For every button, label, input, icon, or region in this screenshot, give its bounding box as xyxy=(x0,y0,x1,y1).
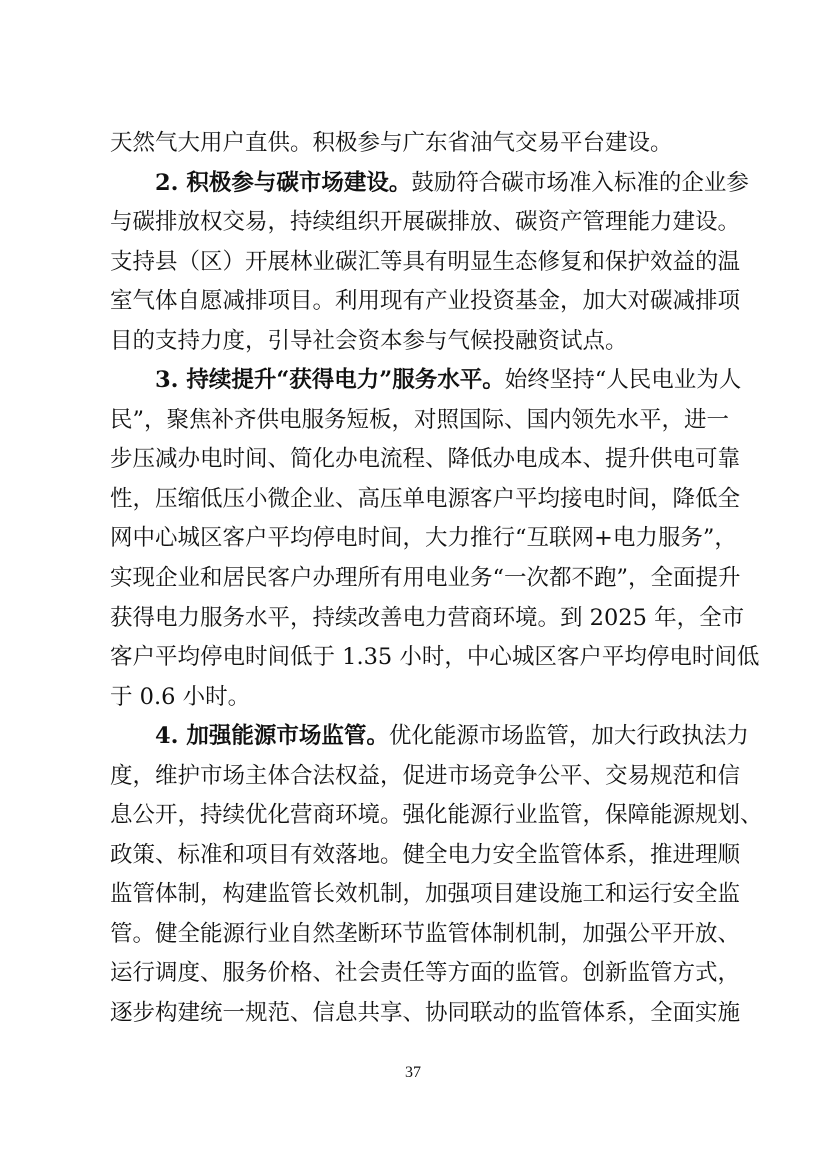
body-text-line: 与碳排放权交易，持续组织开展碳排放、碳资产管理能力建设。 xyxy=(110,203,728,243)
document-body: 天然气大用户直供。积极参与广东省油气交易平台建设。2. 积极参与碳市场建设。鼓励… xyxy=(110,124,728,1034)
line-text: 度，维护市场主体合法权益，促进市场竞争公平、交易规范和信 xyxy=(110,763,740,789)
line-text: 始终坚持“人民电业为人 xyxy=(505,367,742,393)
line-text: 运行调度、服务价格、社会责任等方面的监管。创新监管方式， xyxy=(110,960,740,986)
line-text: 支持县（区）开展林业碳汇等具有明显生态修复和保护效益的温 xyxy=(110,249,740,275)
line-text: 管。健全能源行业自然垄断环节监管体制机制，加强公平开放、 xyxy=(110,921,740,947)
body-text-line: 民”，聚焦补齐供电服务短板，对照国际、国内领先水平，进一 xyxy=(110,401,728,441)
line-text: 民”，聚焦补齐供电服务短板，对照国际、国内领先水平，进一 xyxy=(110,407,729,433)
body-text-line: 目的支持力度，引导社会资本参与气候投融资试点。 xyxy=(110,322,728,362)
line-text: 网中心城区客户平均停电时间，大力推行“互联网+电力服务”， xyxy=(110,525,737,551)
body-text-line: 客户平均停电时间低于 1.35 小时，中心城区客户平均停电时间低 xyxy=(110,638,728,678)
line-text: 步压减办电时间、简化办电流程、降低办电成本、提升供电可靠 xyxy=(110,446,740,472)
section-heading-line: 3. 持续提升“获得电力”服务水平。始终坚持“人民电业为人 xyxy=(110,361,728,401)
line-text: 于 0.6 小时。 xyxy=(110,684,250,710)
body-text-line: 监管体制，构建监管长效机制，加强项目建设施工和运行安全监 xyxy=(110,875,728,915)
body-text-line: 政策、标准和项目有效落地。健全电力安全监管体系，推进理顺 xyxy=(110,836,728,876)
section-heading: 2. 积极参与碳市场建设。 xyxy=(155,170,411,196)
body-text-line: 管。健全能源行业自然垄断环节监管体制机制，加强公平开放、 xyxy=(110,915,728,955)
line-text: 客户平均停电时间低于 1.35 小时，中心城区客户平均停电时间低 xyxy=(110,644,759,670)
line-text: 逐步构建统一规范、信息共享、协同联动的监管体系，全面实施 xyxy=(110,1000,740,1026)
line-text: 息公开，持续优化营商环境。强化能源行业监管，保障能源规划、 xyxy=(110,802,763,828)
section-heading-line: 2. 积极参与碳市场建设。鼓励符合碳市场准入标准的企业参 xyxy=(110,164,728,204)
line-text: 政策、标准和项目有效落地。健全电力安全监管体系，推进理顺 xyxy=(110,842,740,868)
line-text: 监管体制，构建监管长效机制，加强项目建设施工和运行安全监 xyxy=(110,881,740,907)
body-text-line: 获得电力服务水平，持续改善电力营商环境。到 2025 年，全市 xyxy=(110,599,728,639)
body-text-line: 于 0.6 小时。 xyxy=(110,678,728,718)
line-text: 目的支持力度，引导社会资本参与气候投融资试点。 xyxy=(110,328,628,354)
body-text-line: 天然气大用户直供。积极参与广东省油气交易平台建设。 xyxy=(110,124,728,164)
page-number: 37 xyxy=(0,1064,826,1082)
line-text: 优化能源市场监管，加大行政执法力 xyxy=(389,723,749,749)
line-text: 天然气大用户直供。积极参与广东省油气交易平台建设。 xyxy=(110,130,673,156)
section-heading: 4. 加强能源市场监管。 xyxy=(155,723,389,749)
body-text-line: 逐步构建统一规范、信息共享、协同联动的监管体系，全面实施 xyxy=(110,994,728,1034)
line-text: 实现企业和居民客户办理所有用电业务“一次都不跑”，全面提升 xyxy=(110,565,741,591)
body-text-line: 支持县（区）开展林业碳汇等具有明显生态修复和保护效益的温 xyxy=(110,243,728,283)
line-text: 室气体自愿减排项目。利用现有产业投资基金，加大对碳减排项 xyxy=(110,288,740,314)
body-text-line: 实现企业和居民客户办理所有用电业务“一次都不跑”，全面提升 xyxy=(110,559,728,599)
line-text: 获得电力服务水平，持续改善电力营商环境。到 2025 年，全市 xyxy=(110,605,744,631)
body-text-line: 网中心城区客户平均停电时间，大力推行“互联网+电力服务”， xyxy=(110,519,728,559)
body-text-line: 息公开，持续优化营商环境。强化能源行业监管，保障能源规划、 xyxy=(110,796,728,836)
section-heading: 3. 持续提升“获得电力”服务水平。 xyxy=(155,367,505,393)
section-heading-line: 4. 加强能源市场监管。优化能源市场监管，加大行政执法力 xyxy=(110,717,728,757)
body-text-line: 性，压缩低压小微企业、高压单电源客户平均接电时间，降低全 xyxy=(110,480,728,520)
line-text: 与碳排放权交易，持续组织开展碳排放、碳资产管理能力建设。 xyxy=(110,209,740,235)
body-text-line: 步压减办电时间、简化办电流程、降低办电成本、提升供电可靠 xyxy=(110,440,728,480)
line-text: 鼓励符合碳市场准入标准的企业参 xyxy=(411,170,749,196)
body-text-line: 度，维护市场主体合法权益，促进市场竞争公平、交易规范和信 xyxy=(110,757,728,797)
line-text: 性，压缩低压小微企业、高压单电源客户平均接电时间，降低全 xyxy=(110,486,740,512)
body-text-line: 室气体自愿减排项目。利用现有产业投资基金，加大对碳减排项 xyxy=(110,282,728,322)
body-text-line: 运行调度、服务价格、社会责任等方面的监管。创新监管方式， xyxy=(110,954,728,994)
